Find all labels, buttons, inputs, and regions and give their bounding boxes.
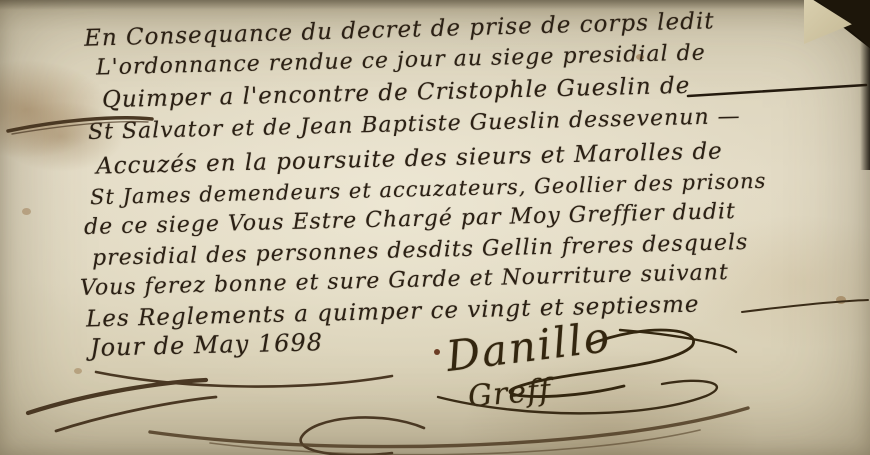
signature-title: Greff (467, 372, 553, 414)
manuscript-line-11-date: Jour de May 1698 (90, 328, 324, 362)
top-edge-shadow (0, 0, 870, 10)
stain-spot (22, 208, 31, 215)
stain-spot (836, 296, 846, 304)
stain-spot (74, 368, 82, 374)
ink-speck (434, 349, 440, 355)
manuscript-photo: En Consequance du decret de prise de cor… (0, 0, 870, 455)
